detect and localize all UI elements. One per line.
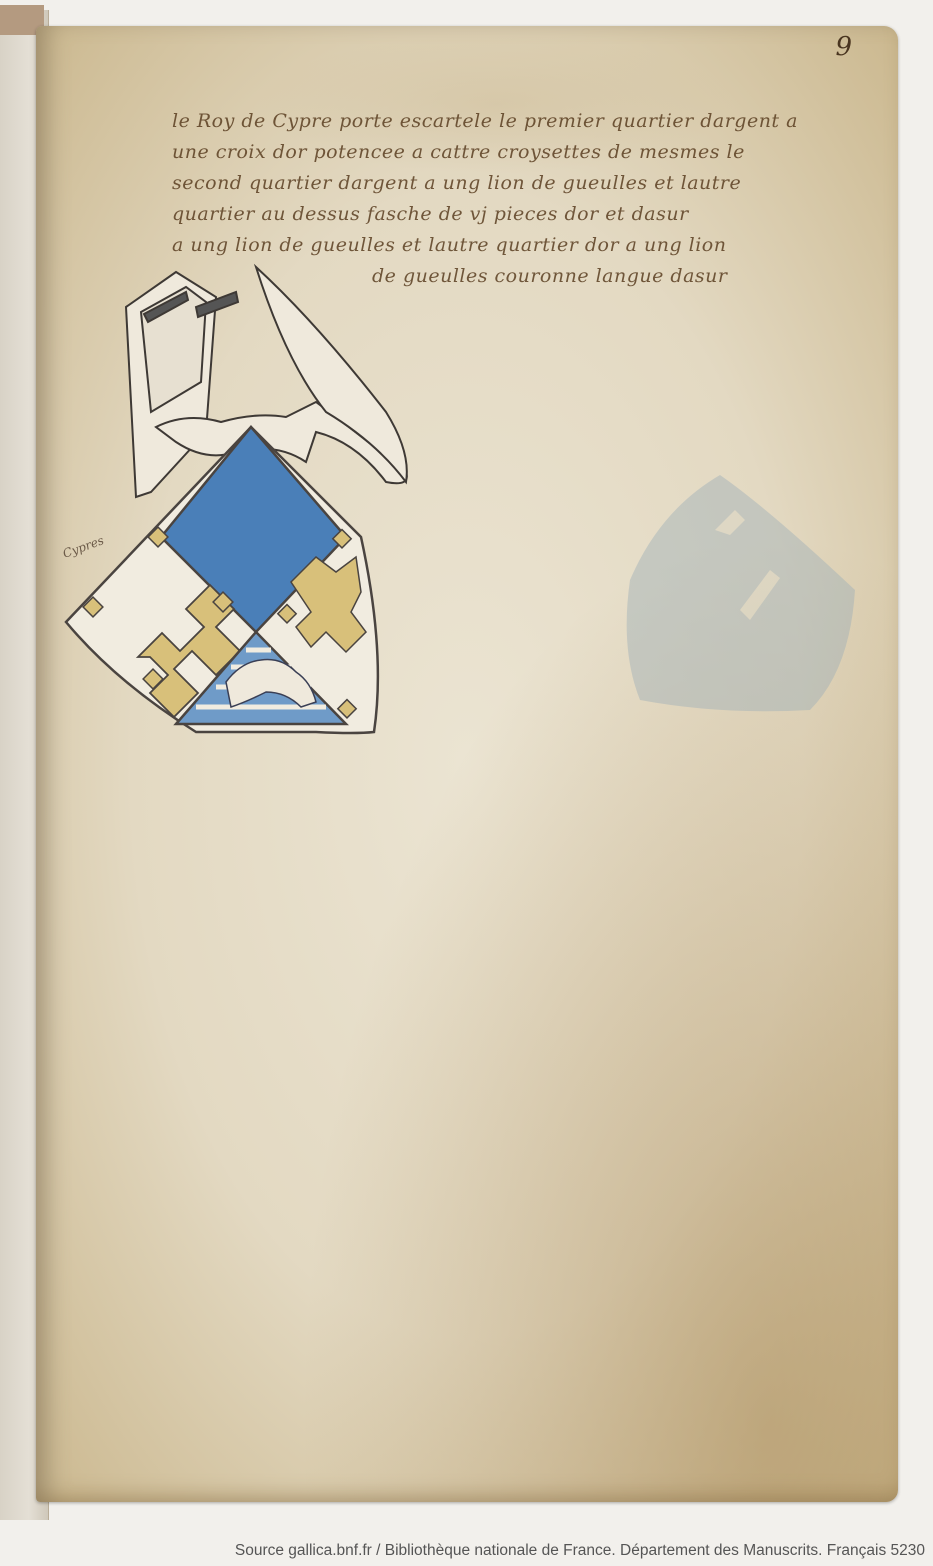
shield-icon bbox=[66, 427, 378, 733]
text-line: une croix dor potencee a cattre croysett… bbox=[172, 137, 912, 168]
manuscript-page: 9 le Roy de Cypre porte escartele le pre… bbox=[36, 26, 898, 1502]
text-line: quartier au dessus fasche de vj pieces d… bbox=[172, 199, 912, 230]
show-through-shield-icon bbox=[620, 470, 860, 715]
coat-of-arms-illustration bbox=[56, 262, 436, 752]
source-credit: Source gallica.bnf.fr / Bibliothèque nat… bbox=[0, 1542, 925, 1560]
text-line: second quartier dargent a ung lion de gu… bbox=[172, 168, 912, 199]
text-line: a ung lion de gueulles et lautre quartie… bbox=[172, 230, 912, 261]
text-line: le Roy de Cypre porte escartele le premi… bbox=[172, 106, 912, 137]
folio-number: 9 bbox=[835, 32, 852, 62]
